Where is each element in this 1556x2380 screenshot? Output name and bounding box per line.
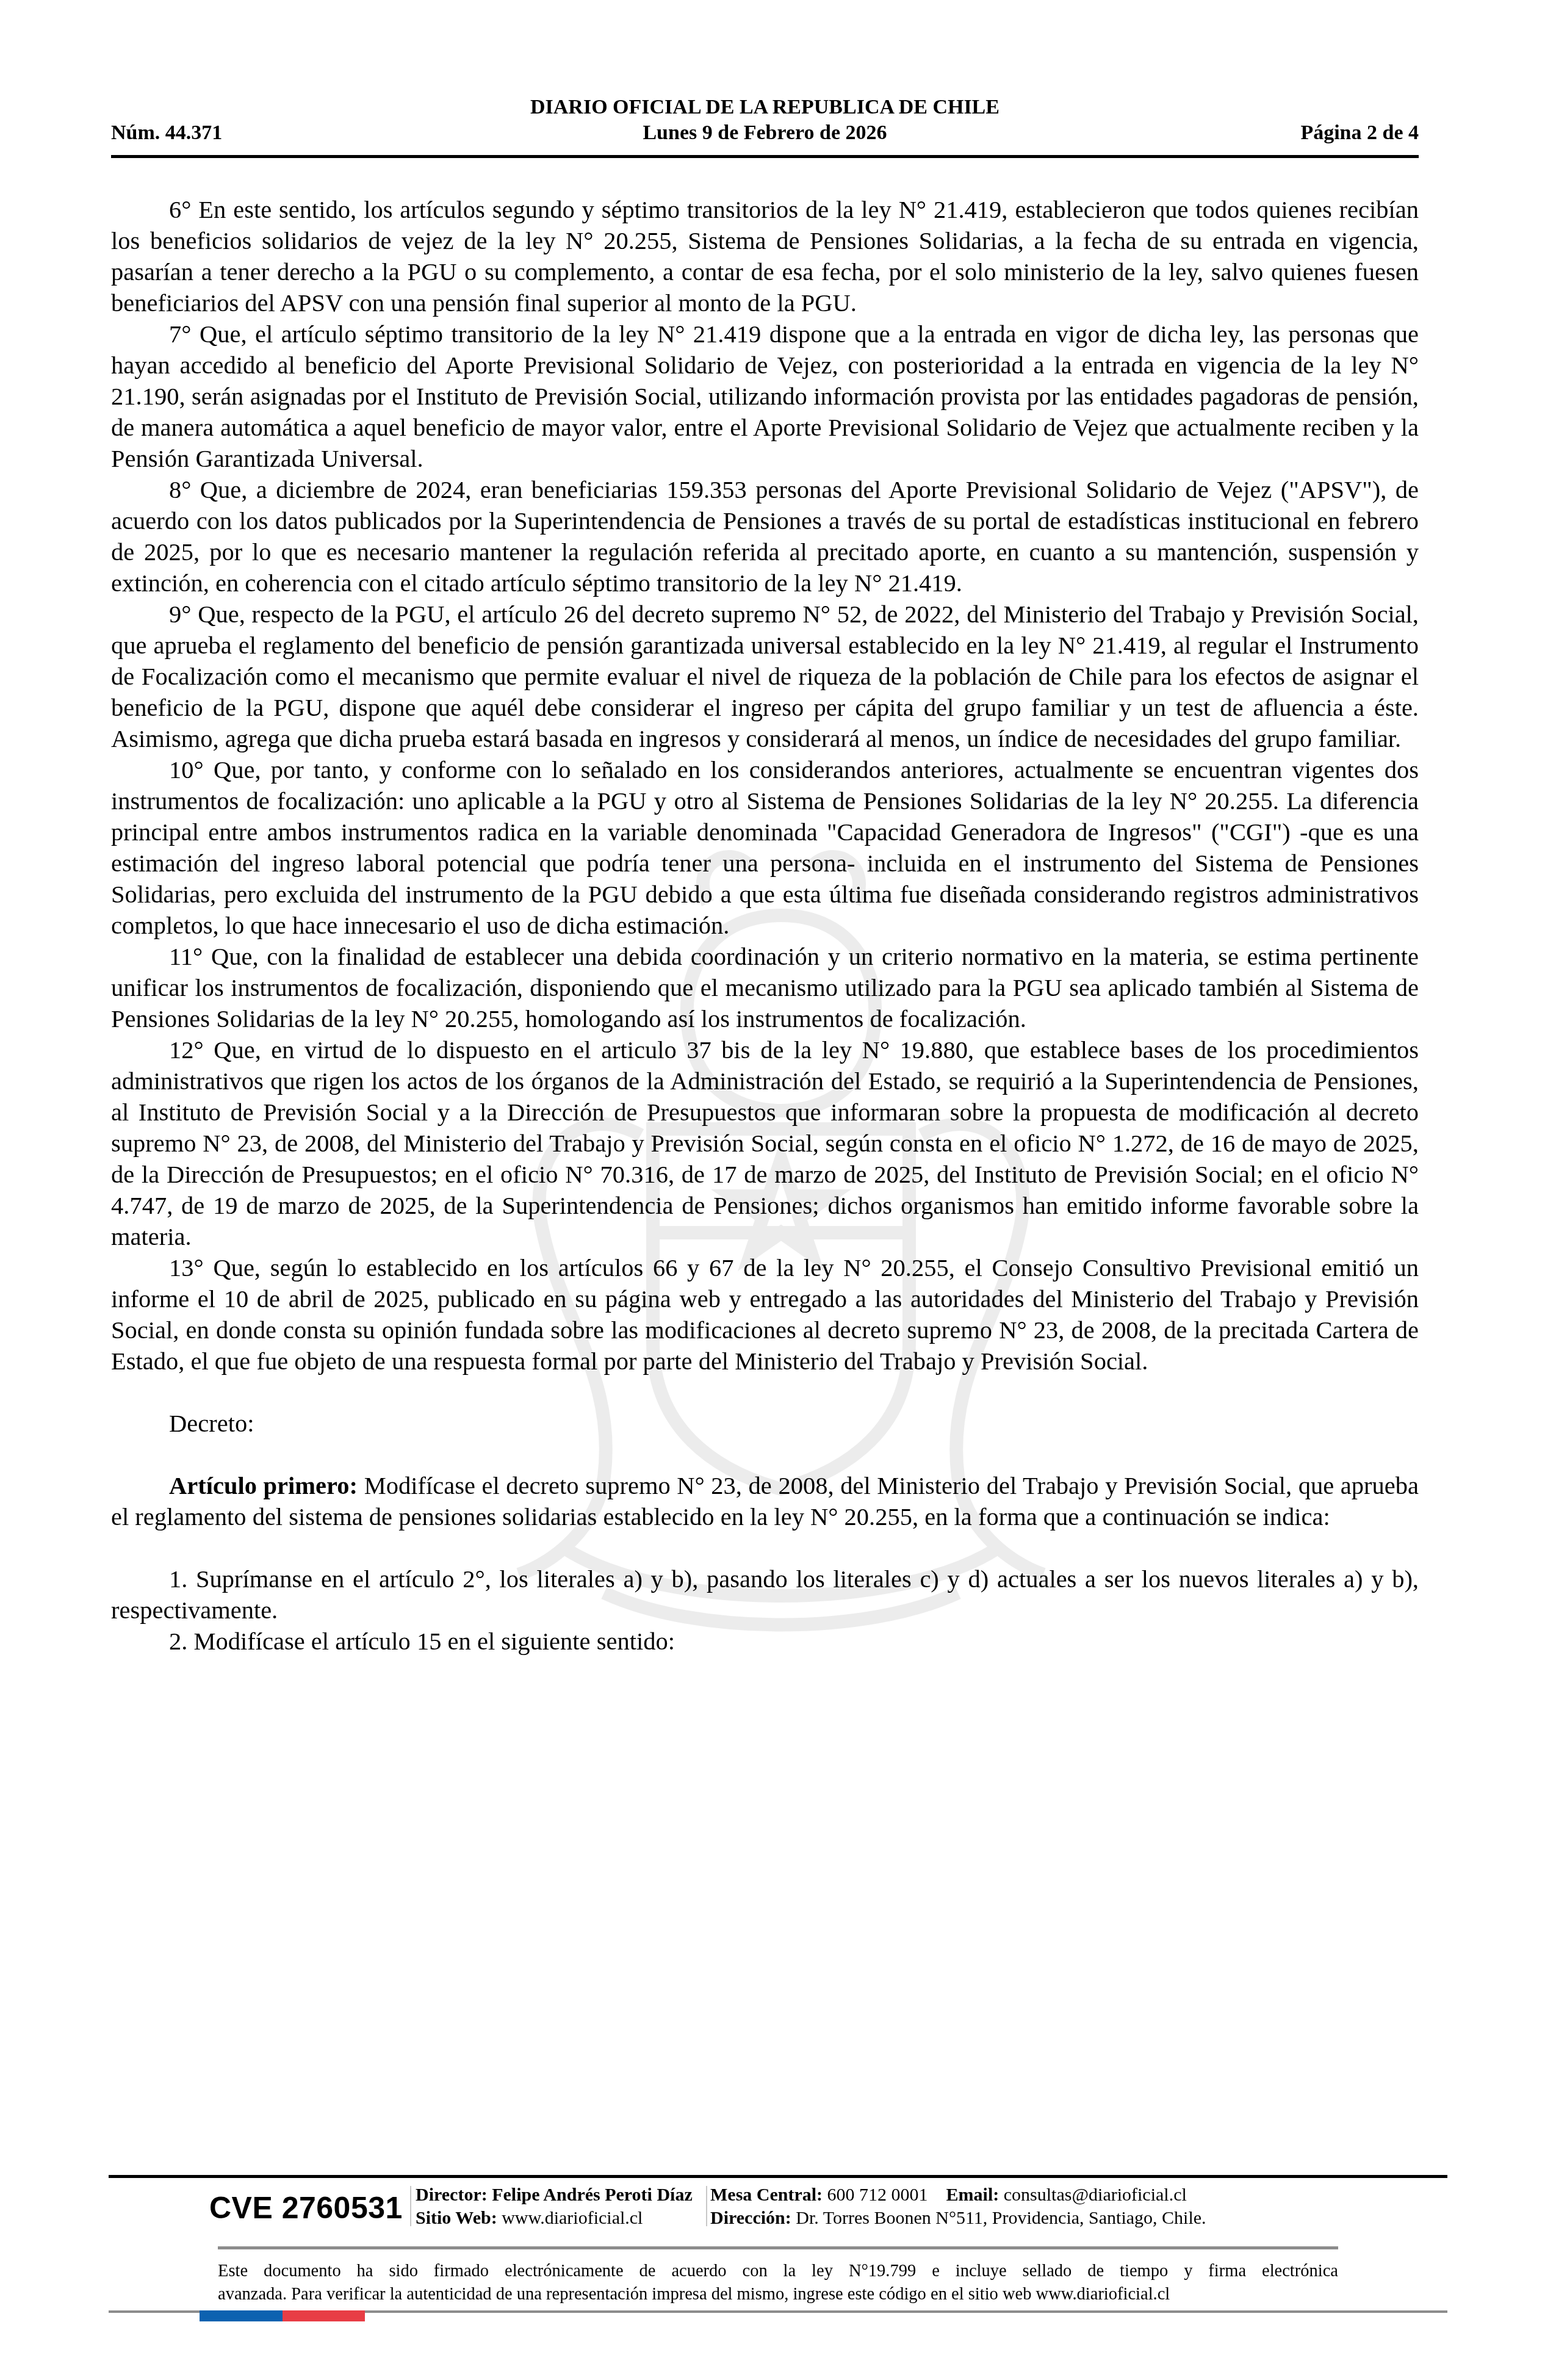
email-label: Email: [946, 2185, 1000, 2205]
article-title: Artículo primero: [169, 1472, 358, 1499]
considerando-13: 13° Que, según lo establecido en los art… [111, 1252, 1419, 1377]
publication-title: DIARIO OFICIAL DE LA REPUBLICA DE CHILE [111, 95, 1419, 120]
document-header: DIARIO OFICIAL DE LA REPUBLICA DE CHILE … [111, 92, 1419, 159]
signature-notice: Este documento ha sido firmado electróni… [218, 2260, 1338, 2306]
email-link[interactable]: consultas@diarioficial.cl [1004, 2185, 1187, 2205]
considerando-11: 11° Que, con la finalidad de establecer … [111, 941, 1419, 1034]
director-line: Director: Felipe Andrés Peroti Díaz [416, 2183, 693, 2207]
spacer [111, 1439, 1419, 1470]
footer-contact-column: Mesa Central: 600 712 0001 Email: consul… [710, 2183, 1206, 2230]
footer-director-column: Director: Felipe Andrés Peroti Díaz Siti… [416, 2183, 693, 2230]
considerando-7: 7° Que, el artículo séptimo transitorio … [111, 319, 1419, 474]
footer-info: CVE 2760531 Director: Felipe Andrés Pero… [109, 2183, 1447, 2238]
cve-code: CVE 2760531 [209, 2190, 403, 2226]
header-divider [111, 155, 1419, 158]
flag-stripe-blue [200, 2310, 283, 2321]
footer-divider [109, 2175, 1447, 2178]
considerando-8: 8° Que, a diciembre de 2024, eran benefi… [111, 474, 1419, 599]
contact-line: Mesa Central: 600 712 0001 Email: consul… [710, 2183, 1206, 2207]
director-label: Director: [416, 2185, 488, 2205]
decreto-label: Decreto: [111, 1408, 1419, 1439]
list-item: 2. Modifícase el artículo 15 en el sigui… [111, 1626, 1419, 1657]
phone-number: 600 712 0001 [827, 2185, 928, 2205]
website-line: Sitio Web: www.diarioficial.cl [416, 2207, 693, 2230]
article-primero: Artículo primero: Modifícase el decreto … [111, 1470, 1419, 1532]
signature-notice-line: Este documento ha sido firmado electróni… [218, 2260, 1338, 2283]
address-label: Dirección: [710, 2208, 791, 2228]
flag-stripe-red [283, 2310, 365, 2321]
spacer [111, 1532, 1419, 1563]
website-link[interactable]: www.diarioficial.cl [502, 2208, 643, 2228]
footer-separator [706, 2186, 707, 2226]
address-line: Dirección: Dr. Torres Boonen N°511, Prov… [710, 2207, 1206, 2230]
considerando-9: 9° Que, respecto de la PGU, el artículo … [111, 599, 1419, 754]
director-name: Felipe Andrés Peroti Díaz [492, 2185, 693, 2205]
considerando-12: 12° Que, en virtud de lo dispuesto en el… [111, 1034, 1419, 1252]
list-item: 1. Suprímanse en el artículo 2°, los lit… [111, 1563, 1419, 1626]
phone-label: Mesa Central: [710, 2185, 823, 2205]
page-indicator: Página 2 de 4 [1300, 121, 1419, 145]
considerando-6: 6° En este sentido, los artículos segund… [111, 194, 1419, 319]
considerando-10: 10° Que, por tanto, y conforme con lo se… [111, 754, 1419, 941]
signature-notice-line: avanzada. Para verificar la autenticidad… [218, 2283, 1338, 2306]
publication-date: Lunes 9 de Febrero de 2026 [111, 121, 1419, 145]
footer-separator [410, 2186, 411, 2226]
website-label: Sitio Web: [416, 2208, 497, 2228]
address-value: Dr. Torres Boonen N°511, Providencia, Sa… [796, 2208, 1206, 2228]
footer-divider-secondary [218, 2246, 1338, 2249]
document-body: 6° En este sentido, los artículos segund… [111, 194, 1419, 1657]
